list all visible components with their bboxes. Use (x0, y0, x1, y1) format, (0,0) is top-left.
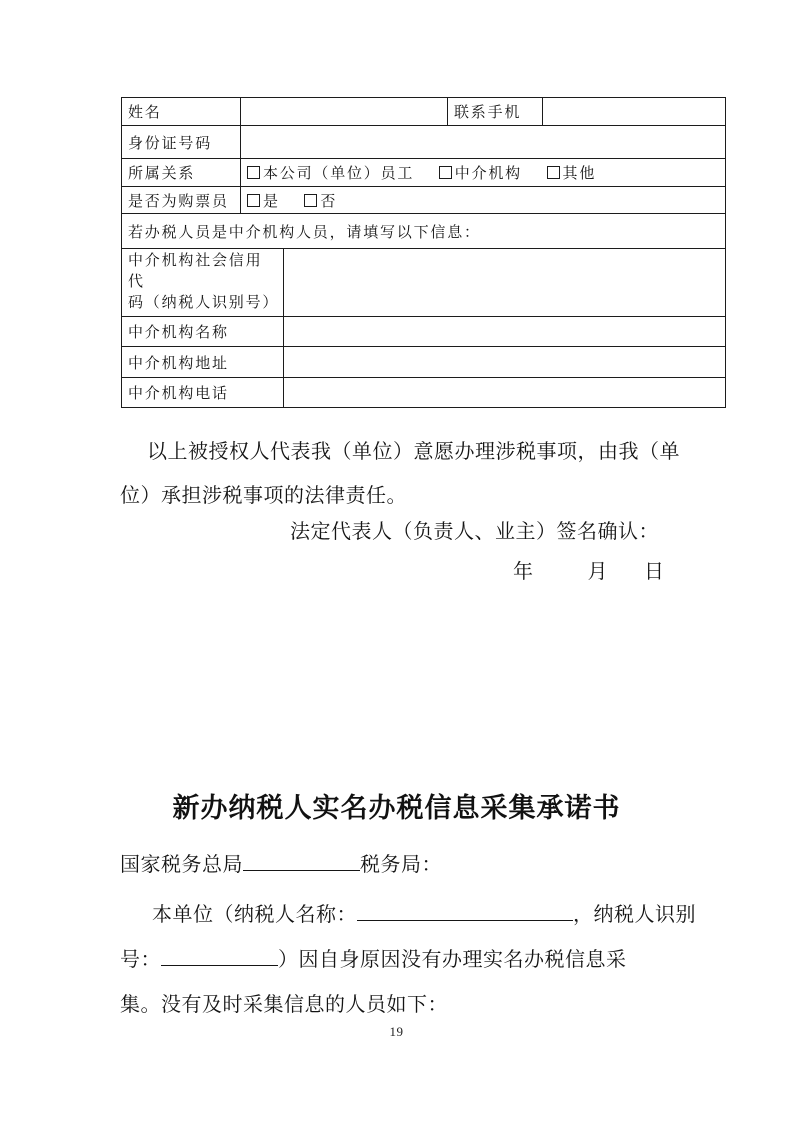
tax-agent-info-table: 姓名 联系手机 身份证号码 所属关系 本公司（单位）员工 中介机构 其他 是否为… (121, 97, 726, 408)
addressee-line: 国家税务总局税务局： (120, 853, 442, 877)
relation-option-company[interactable]: 本公司（单位）员工 (247, 166, 414, 182)
option-label: 否 (320, 194, 337, 210)
name-value-cell[interactable] (241, 98, 448, 126)
option-label: 是 (263, 194, 280, 210)
commitment-body-line-1: 本单位（纳税人名称：，纳税人识别 (120, 903, 696, 927)
row-name-phone: 姓名 联系手机 (122, 98, 726, 126)
ticket-buyer-options-cell: 是 否 (241, 187, 726, 214)
checkbox-icon[interactable] (547, 166, 560, 179)
row-agency-address: 中介机构地址 (122, 347, 726, 378)
option-label: 中介机构 (455, 166, 522, 182)
legal-representative-sign-label: 法定代表人（负责人、业主）签名确认： (290, 520, 659, 544)
relation-options-cell: 本公司（单位）员工 中介机构 其他 (241, 159, 726, 187)
agency-code-label: 中介机构社会信用代 码（纳税人识别号） (122, 249, 284, 317)
body-line1-post: ，纳税人识别 (573, 904, 696, 926)
relation-option-agency[interactable]: 中介机构 (439, 166, 522, 182)
agency-address-label: 中介机构地址 (122, 347, 284, 378)
row-id-number: 身份证号码 (122, 126, 726, 159)
commitment-body-line-3: 集。没有及时采集信息的人员如下： (120, 993, 448, 1017)
year-label: 年 (513, 561, 534, 583)
checkbox-icon[interactable] (247, 166, 260, 179)
checkbox-icon[interactable] (247, 194, 260, 207)
id-number-label: 身份证号码 (122, 126, 241, 159)
agency-code-value-cell[interactable] (284, 249, 726, 317)
agency-name-label: 中介机构名称 (122, 317, 284, 347)
taxpayer-id-blank[interactable] (161, 948, 278, 966)
commitment-body-line-2: 号：）因自身原因没有办理实名办税信息采 (120, 948, 627, 972)
day-label: 日 (644, 561, 665, 583)
name-label: 姓名 (122, 98, 241, 126)
agency-phone-value-cell[interactable] (284, 378, 726, 408)
agency-address-value-cell[interactable] (284, 347, 726, 378)
month-label: 月 (588, 561, 609, 583)
date-line: 年月日 (513, 560, 665, 584)
body-line2-post: ）因自身原因没有办理实名办税信息采 (278, 949, 627, 971)
addressee-prefix: 国家税务总局 (120, 854, 243, 876)
page-number: 19 (0, 1024, 793, 1040)
id-number-value-cell[interactable] (241, 126, 726, 159)
taxpayer-name-blank[interactable] (357, 903, 573, 921)
row-agency-code: 中介机构社会信用代 码（纳税人识别号） (122, 249, 726, 317)
body-line2-pre: 号： (120, 949, 161, 971)
row-agency-phone: 中介机构电话 (122, 378, 726, 408)
phone-label: 联系手机 (448, 98, 543, 126)
row-relation: 所属关系 本公司（单位）员工 中介机构 其他 (122, 159, 726, 187)
checkbox-icon[interactable] (304, 194, 317, 207)
phone-value-cell[interactable] (543, 98, 726, 126)
authorization-statement-line-1: 以上被授权人代表我（单位）意愿办理涉税事项，由我（单 (120, 440, 680, 464)
agency-note-text: 若办税人员是中介机构人员，请填写以下信息： (122, 214, 726, 249)
commitment-title: 新办纳税人实名办税信息采集承诺书 (0, 786, 793, 825)
row-ticket-buyer: 是否为购票员 是 否 (122, 187, 726, 214)
document-page: 姓名 联系手机 身份证号码 所属关系 本公司（单位）员工 中介机构 其他 是否为… (0, 0, 793, 1122)
option-label: 其他 (563, 166, 597, 182)
row-agency-name: 中介机构名称 (122, 317, 726, 347)
bureau-name-blank[interactable] (243, 853, 360, 871)
authorization-statement-line-2: 位）承担涉税事项的法律责任。 (120, 484, 407, 508)
checkbox-icon[interactable] (439, 166, 452, 179)
option-label: 本公司（单位）员工 (263, 166, 414, 182)
row-agency-note: 若办税人员是中介机构人员，请填写以下信息： (122, 214, 726, 249)
agency-name-value-cell[interactable] (284, 317, 726, 347)
agency-phone-label: 中介机构电话 (122, 378, 284, 408)
ticket-buyer-option-yes[interactable]: 是 (247, 194, 280, 210)
ticket-buyer-label: 是否为购票员 (122, 187, 241, 214)
addressee-suffix: 税务局： (360, 854, 442, 876)
body-line1-pre: 本单位（纳税人名称： (152, 904, 357, 926)
relation-option-other[interactable]: 其他 (547, 166, 597, 182)
relation-label: 所属关系 (122, 159, 241, 187)
ticket-buyer-option-no[interactable]: 否 (304, 194, 337, 210)
